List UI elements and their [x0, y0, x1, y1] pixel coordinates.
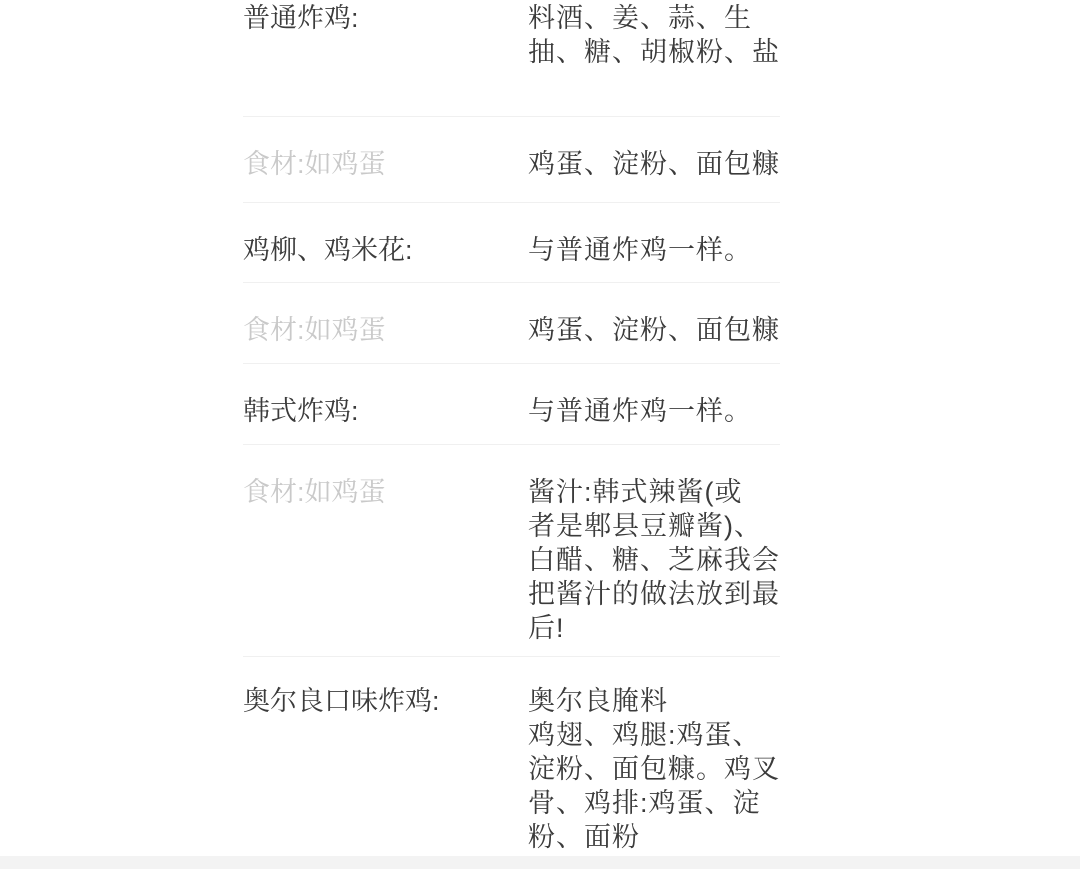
row-content[interactable]: 奥尔良腌料 鸡翅、鸡腿:鸡蛋、 淀粉、面包糠。鸡叉 骨、鸡排:鸡蛋、淀 粉、面粉 — [528, 684, 780, 854]
table-row: 普通炸鸡: 料酒、姜、蒜、生 抽、糖、胡椒粉、盐 — [243, 0, 780, 117]
table-row: 食材:如鸡蛋 酱汁:韩式辣酱(或 者是郫县豆瓣酱)、 白醋、糖、芝麻我会 把酱汁… — [243, 445, 780, 657]
row-content[interactable]: 与普通炸鸡一样。 — [528, 394, 780, 428]
row-content[interactable]: 料酒、姜、蒜、生 抽、糖、胡椒粉、盐 — [528, 1, 780, 69]
table-row: 食材:如鸡蛋 鸡蛋、淀粉、面包糠 — [243, 283, 780, 364]
table-row: 食材:如鸡蛋 鸡蛋、淀粉、面包糠 — [243, 117, 780, 203]
ingredient-label-placeholder[interactable]: 食材:如鸡蛋 — [243, 147, 528, 181]
bottom-bar — [0, 856, 1080, 869]
row-label[interactable]: 韩式炸鸡: — [243, 394, 528, 428]
ingredient-label-placeholder[interactable]: 食材:如鸡蛋 — [243, 475, 528, 509]
row-content[interactable]: 鸡蛋、淀粉、面包糠 — [528, 147, 780, 181]
recipe-document-page: 普通炸鸡: 料酒、姜、蒜、生 抽、糖、胡椒粉、盐 食材:如鸡蛋 鸡蛋、淀粉、面包… — [0, 0, 1080, 869]
ingredient-label-placeholder[interactable]: 食材:如鸡蛋 — [243, 313, 528, 347]
table-row: 奥尔良口味炸鸡: 奥尔良腌料 鸡翅、鸡腿:鸡蛋、 淀粉、面包糠。鸡叉 骨、鸡排:… — [243, 657, 780, 854]
row-label[interactable]: 普通炸鸡: — [243, 1, 528, 35]
table-row: 韩式炸鸡: 与普通炸鸡一样。 — [243, 364, 780, 445]
row-content[interactable]: 与普通炸鸡一样。 — [528, 233, 780, 267]
row-label[interactable]: 鸡柳、鸡米花: — [243, 233, 528, 267]
row-content[interactable]: 鸡蛋、淀粉、面包糠 — [528, 313, 780, 347]
row-label[interactable]: 奥尔良口味炸鸡: — [243, 684, 528, 718]
ingredients-table: 普通炸鸡: 料酒、姜、蒜、生 抽、糖、胡椒粉、盐 食材:如鸡蛋 鸡蛋、淀粉、面包… — [243, 0, 780, 854]
row-content[interactable]: 酱汁:韩式辣酱(或 者是郫县豆瓣酱)、 白醋、糖、芝麻我会 把酱汁的做法放到最 … — [528, 475, 780, 645]
table-row: 鸡柳、鸡米花: 与普通炸鸡一样。 — [243, 203, 780, 283]
